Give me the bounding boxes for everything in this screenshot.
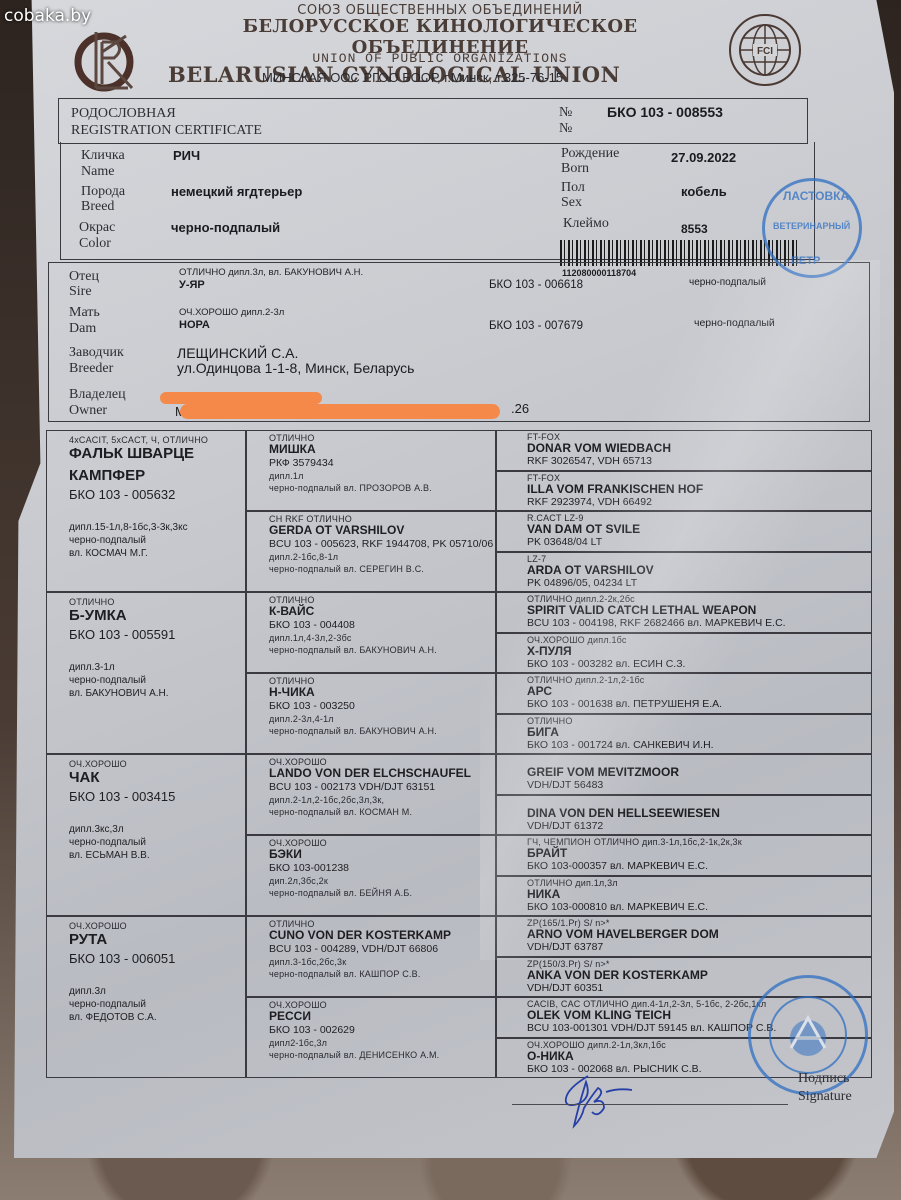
ancestor-owner: вл. ФЕДОТОВ С.А. xyxy=(69,1011,157,1024)
pedigree-great-grandparent-cell: ОЧ.ХОРОШО дипл.1бсХ-ПУЛЯБКО 103 - 003282… xyxy=(496,633,872,674)
ancestor-color: черно-подпалый xyxy=(69,674,146,687)
ancestor-name: БЭКИ xyxy=(269,847,302,861)
ancestor-reg: БКО 103 - 001638 вл. ПЕТРУШЕНЯ Е.А. xyxy=(527,698,722,710)
ancestor-diplomas: дипл.2-1л,2-1бс,2бс,3л,3к, xyxy=(269,795,384,805)
breeder-label-ru: Заводчик xyxy=(69,345,124,361)
ancestor-title: ОЧ.ХОРОШО xyxy=(69,921,127,931)
fci-globe-logo-icon: FCI xyxy=(727,12,803,88)
ancestor-reg: БКО 103 - 003282 вл. ЕСИН С.З. xyxy=(527,658,685,670)
signature-label-ru: Подпись xyxy=(798,1070,852,1088)
ancestor-name: ARDA OT VARSHILOV xyxy=(527,563,654,577)
vet-stamp-mid-text: ВЕТЕРИНАРНЫЙ xyxy=(773,221,850,231)
ancestor-name: ФАЛЬК ШВАРЦЕ xyxy=(69,445,194,462)
ancestor-reg: BCU 103 - 002173 VDH/DJT 63151 xyxy=(269,781,435,793)
ancestor-diplomas: дип.2л,3бс,2к xyxy=(269,876,328,886)
issuer-stamp-text: МИНСКАЯ ООС РГОО БООР, г.Минск, т.325-76… xyxy=(262,70,563,85)
sire-reg: БКО 103 - 006618 xyxy=(489,279,583,291)
ancestor-reg: PK 03648/04 LT xyxy=(527,536,602,548)
sex-label-en: Sex xyxy=(561,195,582,211)
ancestor-reg: БКО 103 - 003415 xyxy=(69,789,175,804)
ancestor-reg: БКО 103-000810 вл. МАРКЕВИЧ Е.С. xyxy=(527,901,708,913)
ancestor-reg: БКО 103 - 005591 xyxy=(69,627,175,642)
pedigree-grandparent-cell: ОЧ.ХОРОШОБЭКИБКО 103-001238дип.2л,3бс,2к… xyxy=(246,835,496,916)
number-label-1: № xyxy=(559,105,572,121)
ancestor-name: Х-ПУЛЯ xyxy=(527,644,572,658)
owner-address-redaction xyxy=(180,404,500,419)
name-label-ru: Кличка xyxy=(81,148,125,164)
ancestor-name: SPIRIT VALID CATCH LETHAL WEAPON xyxy=(527,603,756,617)
ancestor-name: РУТА xyxy=(69,931,107,948)
ancestor-name: CUNO VON DER KOSTERKAMP xyxy=(269,928,451,942)
ancestor-reg: PK 04896/05, 04234 LT xyxy=(527,577,637,589)
dam-name: НОРА xyxy=(179,319,210,331)
ancestor-diplomas: дипл.1л,4-3л,2-3бс xyxy=(269,633,352,643)
dog-name: РИЧ xyxy=(173,148,200,163)
sire-name: У-ЯР xyxy=(179,279,205,291)
ancestor-name: GERDA OT VARSHILOV xyxy=(269,523,404,537)
ancestor-reg: RKF 2923974, VDH 66492 xyxy=(527,496,652,508)
ancestor-color-owner: черно-подпалый вл. БАКУНОВИЧ А.Н. xyxy=(269,726,437,736)
handwritten-signature xyxy=(548,1068,658,1130)
ancestor-reg: VDH/DJT 61372 xyxy=(527,820,603,832)
name-label-en: Name xyxy=(81,164,114,180)
ancestor-reg: BCU 103 - 004289, VDH/DJT 66806 xyxy=(269,943,438,955)
ancestor-name: ARNO VOM HAVELBERGER DOM xyxy=(527,927,719,941)
pedigree-document: СОЮЗ ОБЩЕСТВЕННЫХ ОБЪЕДИНЕНИЙ БЕЛОРУССКО… xyxy=(0,0,901,1200)
ancestor-diplomas: дипл.3кс,3л xyxy=(69,823,124,836)
ancestor-owner: вл. КОСМАЧ М.Г. xyxy=(69,547,148,560)
ancestor-name: К-ВАЙС xyxy=(269,604,314,618)
sire-label-ru: Отец xyxy=(69,269,99,285)
vet-stamp: ЛАСТОВКА ВЕТЕРИНАРНЫЙ ПЕТР xyxy=(762,178,862,278)
dog-breed: немецкий ягдтерьер xyxy=(171,184,302,199)
ancestor-name-line2: КАМПФЕР xyxy=(69,467,145,484)
pedigree-great-grandparent-cell: ОТЛИЧНО дипл.2-1л,2-1бсАРСБКО 103 - 0016… xyxy=(496,673,872,714)
pedigree-grandparent-cell: CH RKF ОТЛИЧНОGERDA OT VARSHILOVBCU 103 … xyxy=(246,511,496,592)
pedigree-great-grandparent-cell: GREIF VOM MEVITZMOORVDH/DJT 56483 xyxy=(496,754,872,795)
dog-born-date: 27.09.2022 xyxy=(671,150,736,165)
ancestor-title: ОЧ.ХОРОШО xyxy=(69,759,127,769)
ancestor-color: черно-подпалый xyxy=(69,836,146,849)
breeder-label-en: Breeder xyxy=(69,361,113,377)
ancestor-diplomas: дипл.3л xyxy=(69,985,106,998)
pedigree-great-grandparent-cell: ГЧ, ЧЕМПИОН ОТЛИЧНО дип.3-1л,1бс,2-1к,2к… xyxy=(496,835,872,876)
color-label-ru: Окрас xyxy=(79,220,115,236)
pedigree-parent-cell: ОЧ.ХОРОШОЧАКБКО 103 - 003415дипл.3кс,3лч… xyxy=(46,754,246,916)
certificate-number-box: РОДОСЛОВНАЯ REGISTRATION CERTIFICATE № №… xyxy=(58,98,808,144)
signature-line xyxy=(512,1104,788,1105)
dog-sex: кобель xyxy=(681,184,727,199)
ancestor-reg: VDH/DJT 56483 xyxy=(527,779,603,791)
sex-label-ru: Пол xyxy=(561,180,585,196)
ancestor-name: ЧАК xyxy=(69,769,100,786)
certificate-title-ru: РОДОСЛОВНАЯ xyxy=(71,106,176,122)
ancestor-color-owner: черно-подпалый вл. БАКУНОВИЧ А.Н. xyxy=(269,645,437,655)
ancestor-name: Н-ЧИКА xyxy=(269,685,315,699)
dog-tattoo: 8553 xyxy=(681,222,708,236)
dam-reg: БКО 103 - 007679 xyxy=(489,320,583,332)
owner-label-ru: Владелец xyxy=(69,387,126,403)
breeder-name: ЛЕЩИНСКИЙ С.А. xyxy=(177,345,298,361)
ancestor-name: НИКА xyxy=(527,887,560,901)
ancestor-color-owner: черно-подпалый вл. ДЕНИСЕНКО А.М. xyxy=(269,1050,439,1060)
ancestor-owner: вл. БАКУНОВИЧ А.Н. xyxy=(69,687,169,700)
ancestor-name: О-НИКА xyxy=(527,1049,574,1063)
ancestor-name: GREIF VOM MEVITZMOOR xyxy=(527,765,679,779)
ancestor-name: DONAR VOM WIEDBACH xyxy=(527,441,671,455)
pedigree-great-grandparent-cell: FT-FOXDONAR VOM WIEDBACHRKF 3026547, VDH… xyxy=(496,430,872,471)
pedigree-grandparent-cell: ОЧ.ХОРОШОРЕССИБКО 103 - 002629дипл2-1бс,… xyxy=(246,997,496,1078)
pedigree-great-grandparent-cell: LZ-7ARDA OT VARSHILOVPK 04896/05, 04234 … xyxy=(496,552,872,593)
ancestor-reg: БКО 103-000357 вл. МАРКЕВИЧ Е.С. xyxy=(527,860,708,872)
ancestor-color: черно-подпалый xyxy=(69,534,146,547)
certificate-number: БКО 103 - 008553 xyxy=(607,104,723,120)
ancestor-reg: БКО 103-001238 xyxy=(269,862,349,874)
ancestor-reg: БКО 103 - 004408 xyxy=(269,619,355,631)
dam-title: ОЧ.ХОРОШО дипл.2-3л xyxy=(179,307,284,318)
ancestor-reg: РКФ 3579434 xyxy=(269,457,334,469)
ancestor-color-owner: черно-подпалый вл. СЕРЕГИН В.С. xyxy=(269,564,424,574)
ancestor-owner: вл. ЕСЬМАН В.В. xyxy=(69,849,150,862)
color-label-en: Color xyxy=(79,236,111,252)
ancestor-reg: VDH/DJT 60351 xyxy=(527,982,603,994)
ancestor-reg: БКО 103 - 002629 xyxy=(269,1024,355,1036)
ancestor-reg: BCU 103-001301 VDH/DJT 59145 вл. КАШПОР … xyxy=(527,1022,776,1034)
pedigree-great-grandparent-cell: ОТЛИЧНОБИГАБКО 103 - 001724 вл. САНКЕВИЧ… xyxy=(496,714,872,755)
pedigree-great-grandparent-cell: ОТЛИЧНО дипл.2-2к,2бсSPIRIT VALID CATCH … xyxy=(496,592,872,633)
pedigree-parent-cell: 4xCACIT, 5xCACT, Ч, ОТЛИЧНОФАЛЬК ШВАРЦЕК… xyxy=(46,430,246,592)
pedigree-parent-cell: ОТЛИЧНОБ-УМКАБКО 103 - 005591дипл.3-1лче… xyxy=(46,592,246,754)
pedigree-grandparent-cell: ОТЛИЧНОМИШКАРКФ 3579434дипл.1лчерно-подп… xyxy=(246,430,496,511)
dam-label-en: Dam xyxy=(69,321,96,337)
sire-title: ОТЛИЧНО дипл.3л, вл. БАКУНОВИЧ А.Н. xyxy=(179,267,363,278)
ancestor-name: LANDO VON DER ELCHSCHAUFEL xyxy=(269,766,471,780)
ancestor-name: DINA VON DEN HELLSEEWIESEN xyxy=(527,806,720,820)
certificate-title-en: REGISTRATION CERTIFICATE xyxy=(71,123,262,139)
bku-monogram-logo-icon xyxy=(66,22,146,94)
breed-label-en: Breed xyxy=(81,199,114,215)
ancestor-reg: БКО 103 - 005632 xyxy=(69,487,175,502)
ancestor-reg: BCU 103 - 004198, RKF 2682466 вл. МАРКЕВ… xyxy=(527,617,786,629)
pedigree-great-grandparent-cell: FT-FOXILLA VOM FRANKISCHEN HOFRKF 292397… xyxy=(496,471,872,512)
ancestor-diplomas: дипл.2-1бс,8-1л xyxy=(269,552,338,562)
site-watermark: cobaka.by xyxy=(4,6,91,26)
ancestor-title: ОТЛИЧНО xyxy=(69,597,115,607)
signature-label-en: Signature xyxy=(798,1088,852,1106)
ancestor-name: БРАЙТ xyxy=(527,846,567,860)
breed-label-ru: Порода xyxy=(81,184,125,200)
pedigree-grandparent-cell: ОТЛИЧНОCUNO VON DER KOSTERKAMPBCU 103 - … xyxy=(246,916,496,997)
pedigree-grandparent-cell: ОЧ.ХОРОШОLANDO VON DER ELCHSCHAUFELBCU 1… xyxy=(246,754,496,835)
pedigree-grandparent-cell: ОТЛИЧНОН-ЧИКАБКО 103 - 003250дипл.2-3л,4… xyxy=(246,673,496,754)
ancestor-name: БИГА xyxy=(527,725,559,739)
signature-label: Подпись Signature xyxy=(798,1070,852,1106)
ancestor-color-owner: черно-подпалый вл. КАШПОР С.В. xyxy=(269,969,421,979)
ancestor-name: ILLA VOM FRANKISCHEN HOF xyxy=(527,482,703,496)
vet-stamp-top-text: ЛАСТОВКА xyxy=(783,189,849,203)
ancestor-reg: RKF 3026547, VDH 65713 xyxy=(527,455,652,467)
born-label-ru: Рождение xyxy=(561,146,619,162)
ancestor-reg: BCU 103 - 005623, RKF 1944708, PK 05710/… xyxy=(269,538,493,550)
ancestor-color-owner: черно-подпалый вл. БЕЙНЯ А.Б. xyxy=(269,888,412,898)
ancestor-diplomas: дипл.3-1бс,2бс,3к xyxy=(269,957,346,967)
dam-color: черно-подпалый xyxy=(694,317,775,329)
ancestor-color-owner: черно-подпалый вл. КОСМАН М. xyxy=(269,807,412,817)
sire-label-en: Sire xyxy=(69,284,92,300)
sire-color: черно-подпалый xyxy=(689,277,766,288)
pedigree-great-grandparent-cell: DINA VON DEN HELLSEEWIESENVDH/DJT 61372 xyxy=(496,795,872,836)
pedigree-great-grandparent-cell: R.CACT LZ-9VAN DAM OT SVILEPK 03648/04 L… xyxy=(496,511,872,552)
ancestor-diplomas: дипл2-1бс,3л xyxy=(269,1038,327,1048)
ancestor-diplomas: дипл.15-1л,8-1бс,3-3к,3кс xyxy=(69,521,188,534)
breeder-address: ул.Одинцова 1-1-8, Минск, Беларусь xyxy=(177,360,414,376)
ancestor-reg: БКО 103 - 006051 xyxy=(69,951,175,966)
ancestor-color: черно-подпалый xyxy=(69,998,146,1011)
ancestor-title: 4xCACIT, 5xCACT, Ч, ОТЛИЧНО xyxy=(69,435,208,445)
ancestor-name: OLEK VOM KLING TEICH xyxy=(527,1008,671,1022)
ancestor-name: ANKA VON DER KOSTERKAMP xyxy=(527,968,708,982)
pedigree-great-grandparent-cell: ZP(165/1.Pr) S/ n>*ARNO VOM HAVELBERGER … xyxy=(496,916,872,957)
ancestor-diplomas: дипл.3-1л xyxy=(69,661,115,674)
ancestor-reg: БКО 103 - 001724 вл. САНКЕВИЧ И.Н. xyxy=(527,739,714,751)
pedigree-parent-cell: ОЧ.ХОРОШОРУТАБКО 103 - 006051дипл.3лчерн… xyxy=(46,916,246,1078)
ancestor-reg: БКО 103 - 003250 xyxy=(269,700,355,712)
ancestor-name: РЕССИ xyxy=(269,1009,311,1023)
ancestor-color-owner: черно-подпалый вл. ПРОЗОРОВ А.В. xyxy=(269,483,432,493)
pedigree-grandparent-cell: ОТЛИЧНОК-ВАЙСБКО 103 - 004408дипл.1л,4-3… xyxy=(246,592,496,673)
ancestor-name: МИШКА xyxy=(269,442,316,456)
number-label-2: № xyxy=(559,121,572,137)
ancestor-name: VAN DAM OT SVILE xyxy=(527,522,640,536)
ancestor-reg: VDH/DJT 63787 xyxy=(527,941,603,953)
ancestor-name: АРС xyxy=(527,684,552,698)
svg-text:FCI: FCI xyxy=(757,46,773,57)
pedigree-great-grandparent-cell: ОТЛИЧНО дип.1л,3лНИКАБКО 103-000810 вл. … xyxy=(496,876,872,917)
vet-stamp-bottom-text: ПЕТР xyxy=(791,255,820,267)
born-label-en: Born xyxy=(561,161,589,177)
ancestor-diplomas: дипл.2-3л,4-1л xyxy=(269,714,334,724)
dam-label-ru: Мать xyxy=(69,305,100,321)
owner-name-redaction xyxy=(160,392,322,404)
dog-color: черно-подпалый xyxy=(171,220,280,235)
ancestor-name: Б-УМКА xyxy=(69,607,127,624)
owner-label-en: Owner xyxy=(69,403,107,419)
ancestor-diplomas: дипл.1л xyxy=(269,471,304,481)
owner-visible-end: .26 xyxy=(511,401,529,416)
pedigree-table: 4xCACIT, 5xCACT, Ч, ОТЛИЧНОФАЛЬК ШВАРЦЕК… xyxy=(46,430,872,1078)
tattoo-label-ru: Клеймо xyxy=(563,216,609,232)
